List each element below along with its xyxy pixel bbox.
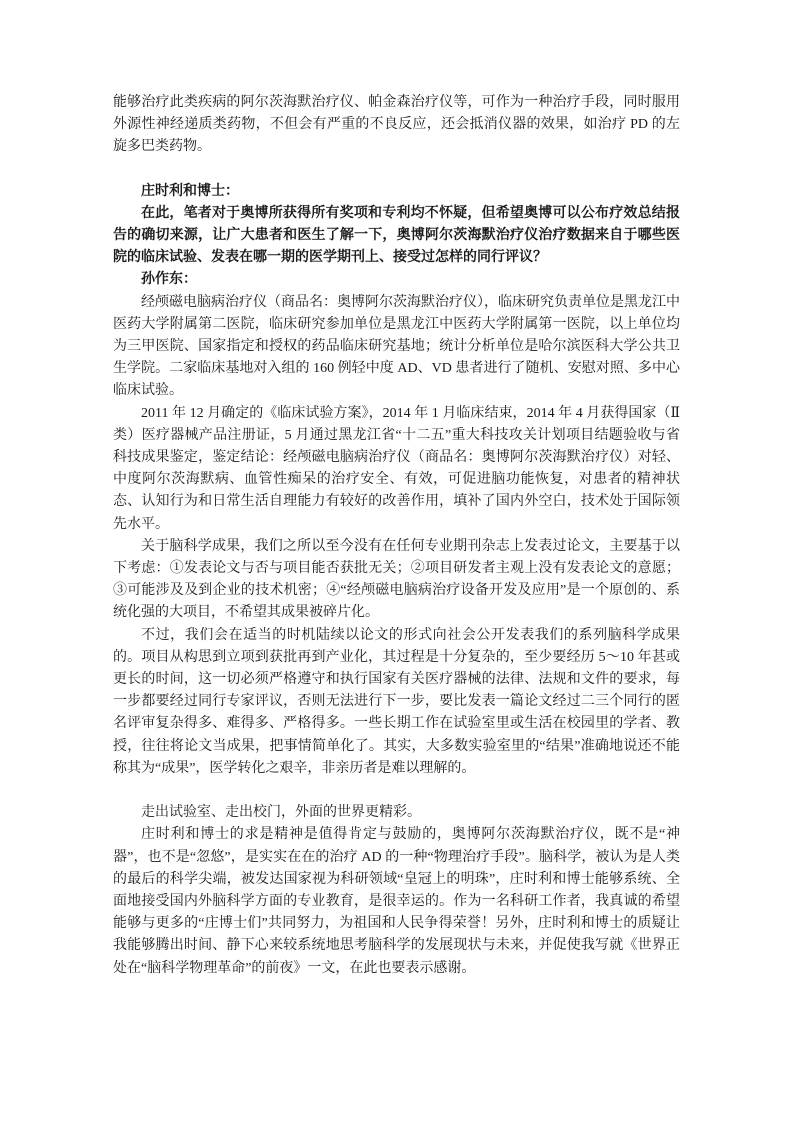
answer-paragraph-clinical-units: 经颅磁电脑病治疗仪（商品名：奥博阿尔茨海默治疗仪），临床研究负责单位是黑龙江中医… [113, 292, 680, 403]
answer-author-heading: 孙作东： [113, 269, 680, 291]
question-paragraph: 在此，笔者对于奥博所获得所有奖项和专利均不怀疑，但希望奥博可以公布疗效总结报告的… [113, 203, 680, 270]
paragraph-continuation: 能够治疗此类疾病的阿尔茨海默治疗仪、帕金森治疗仪等，可作为一种治疗手段，同时服用… [113, 92, 680, 159]
question-author-heading: 庄时利和博士： [113, 181, 680, 203]
document-page: 能够治疗此类疾病的阿尔茨海默治疗仪、帕金森治疗仪等，可作为一种治疗手段，同时服用… [0, 0, 794, 1123]
document-text-body: 能够治疗此类疾病的阿尔茨海默治疗仪、帕金森治疗仪等，可作为一种治疗手段，同时服用… [113, 92, 680, 980]
closing-line: 走出试验室、走出校门，外面的世界更精彩。 [113, 802, 680, 824]
answer-paragraph-publication-reasons: 关于脑科学成果，我们之所以至今没有在任何专业期刊杂志上发表过论文，主要基于以下考… [113, 536, 680, 625]
closing-paragraph: 庄时利和博士的求是精神是值得肯定与鼓励的，奥博阿尔茨海默治疗仪，既不是“神器”，… [113, 824, 680, 979]
answer-paragraph-publication-plan: 不过，我们会在适当的时机陆续以论文的形式向社会公开发表我们的系列脑科学成果的。项… [113, 625, 680, 780]
answer-paragraph-timeline: 2011 年 12 月确定的《临床试验方案》，2014 年 1 月临床结束，20… [113, 403, 680, 536]
